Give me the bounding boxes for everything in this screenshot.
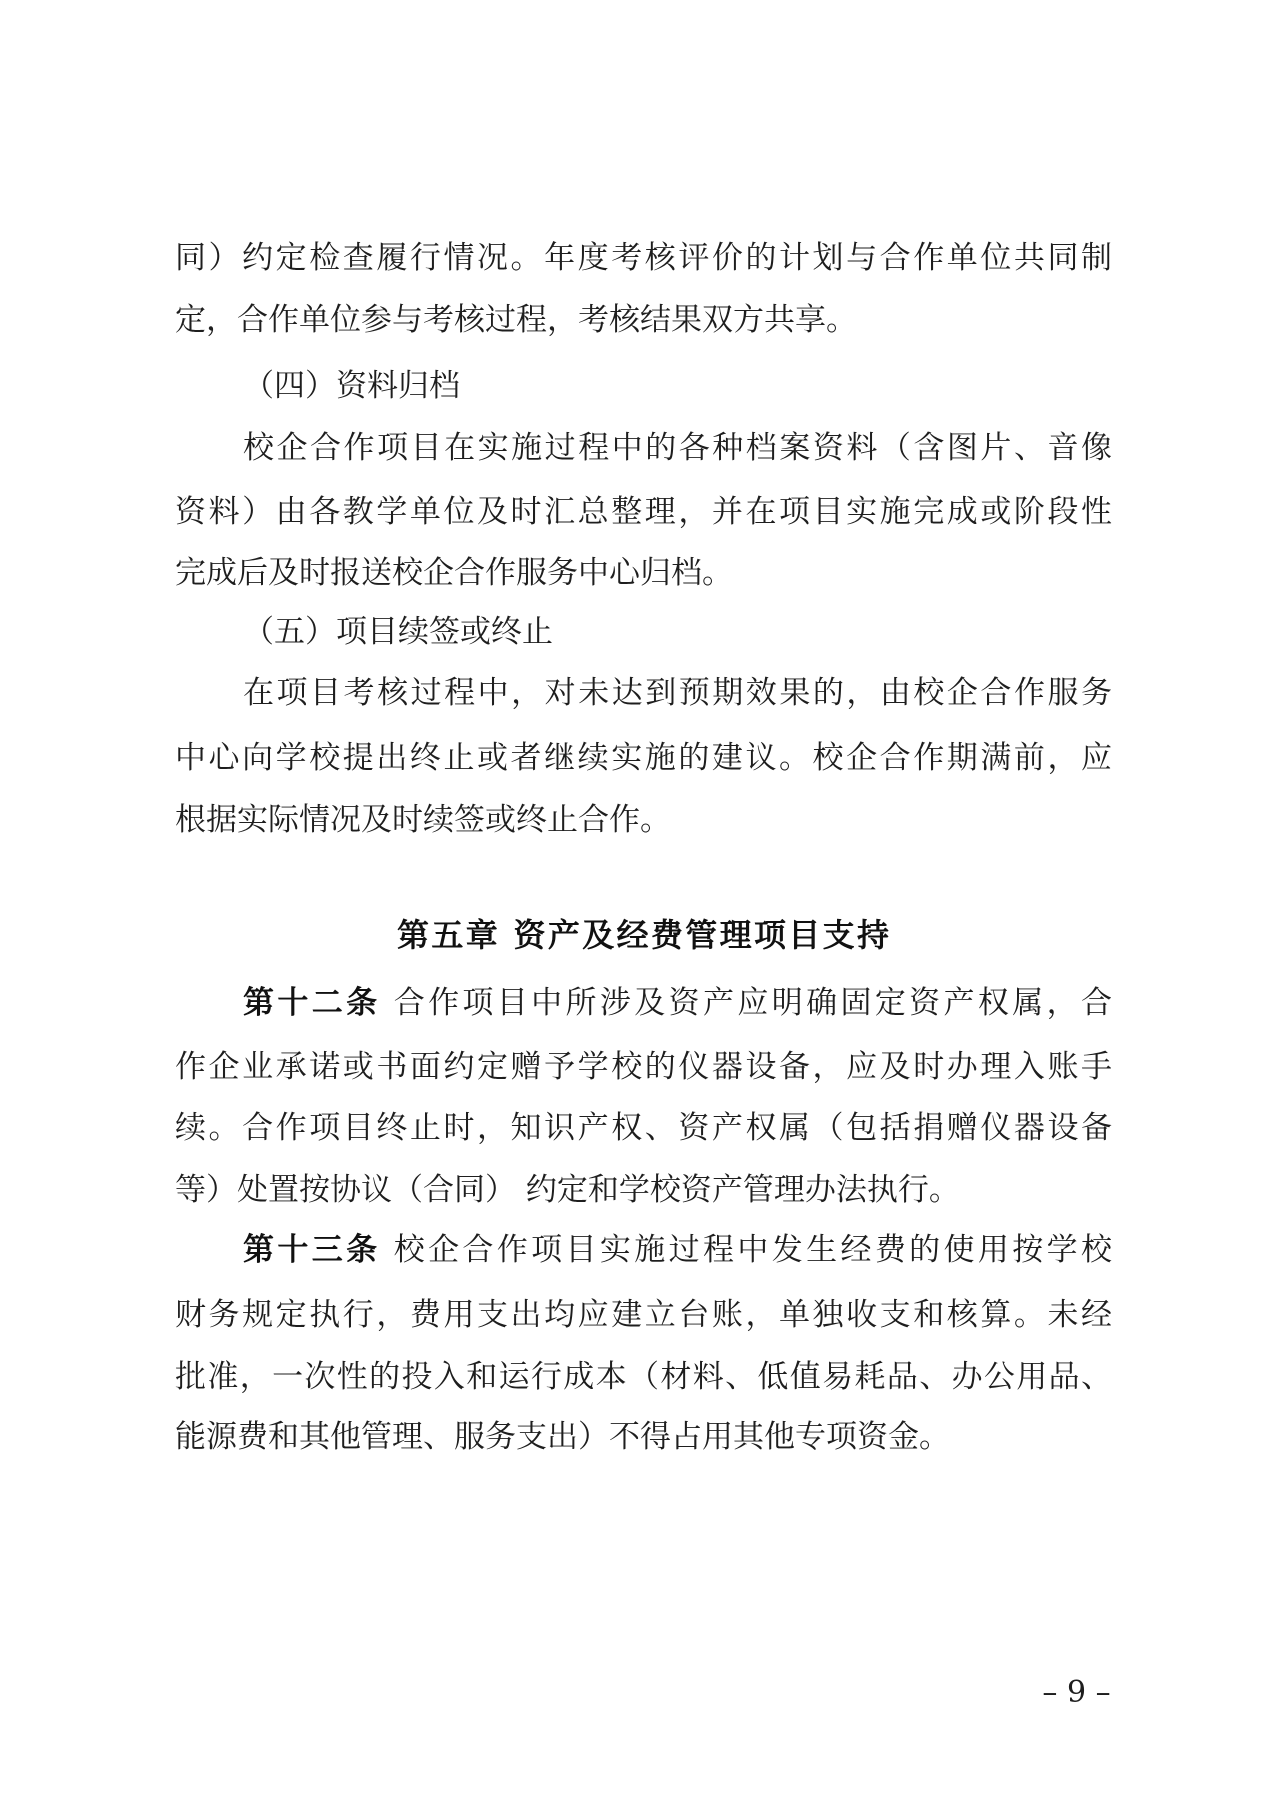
article-12-first-line: 第十二条 合作项目中所涉及资产应明确固定资产权属，合 (243, 981, 1112, 1025)
section-heading-archiving: （四）资料归档 (243, 364, 460, 408)
section-heading-renewal: （五）项目续签或终止 (243, 610, 553, 654)
paragraph-line: 同）约定检查履行情况。年度考核评价的计划与合作单位共同制 (175, 236, 1112, 280)
paragraph-line: 校企合作项目在实施过程中的各种档案资料（含图片、音像 (243, 426, 1112, 470)
paragraph-line: 定，合作单位参与考核过程，考核结果双方共享。 (175, 298, 1112, 342)
article-13-text: 校企合作项目实施过程中发生经费的使用按学校 (394, 1232, 1112, 1268)
paragraph-line: 财务规定执行，费用支出均应建立台账，单独收支和核算。未经 (175, 1293, 1112, 1337)
page-number: – 9 – (1040, 1673, 1113, 1713)
paragraph-line: 根据实际情况及时续签或终止合作。 (175, 798, 1112, 842)
article-12-text: 合作项目中所涉及资产应明确固定资产权属，合 (394, 985, 1112, 1021)
paragraph-line: 中心向学校提出终止或者继续实施的建议。校企合作期满前，应 (175, 736, 1112, 780)
paragraph-line: 等）处置按协议（合同） 约定和学校资产管理办法执行。 (175, 1168, 1112, 1212)
paragraph-line: 资料）由各教学单位及时汇总整理，并在项目实施完成或阶段性 (175, 490, 1112, 534)
paragraph-line: 完成后及时报送校企合作服务中心归档。 (175, 551, 1112, 595)
paragraph-line: 能源费和其他管理、服务支出）不得占用其他专项资金。 (175, 1415, 1112, 1459)
paragraph-line: 作企业承诺或书面约定赠予学校的仪器设备，应及时办理入账手 (175, 1045, 1112, 1089)
article-13-label: 第十三条 (243, 1232, 380, 1268)
article-12-label: 第十二条 (243, 985, 380, 1021)
paragraph-line: 续。合作项目终止时，知识产权、资产权属（包括捐赠仪器设备 (175, 1106, 1112, 1150)
paragraph-line: 批准，一次性的投入和运行成本（材料、低值易耗品、办公用品、 (175, 1355, 1112, 1399)
article-13-first-line: 第十三条 校企合作项目实施过程中发生经费的使用按学校 (243, 1228, 1112, 1272)
chapter-title: 第五章 资产及经费管理项目支持 (397, 913, 889, 957)
paragraph-line: 在项目考核过程中，对未达到预期效果的，由校企合作服务 (243, 671, 1112, 715)
